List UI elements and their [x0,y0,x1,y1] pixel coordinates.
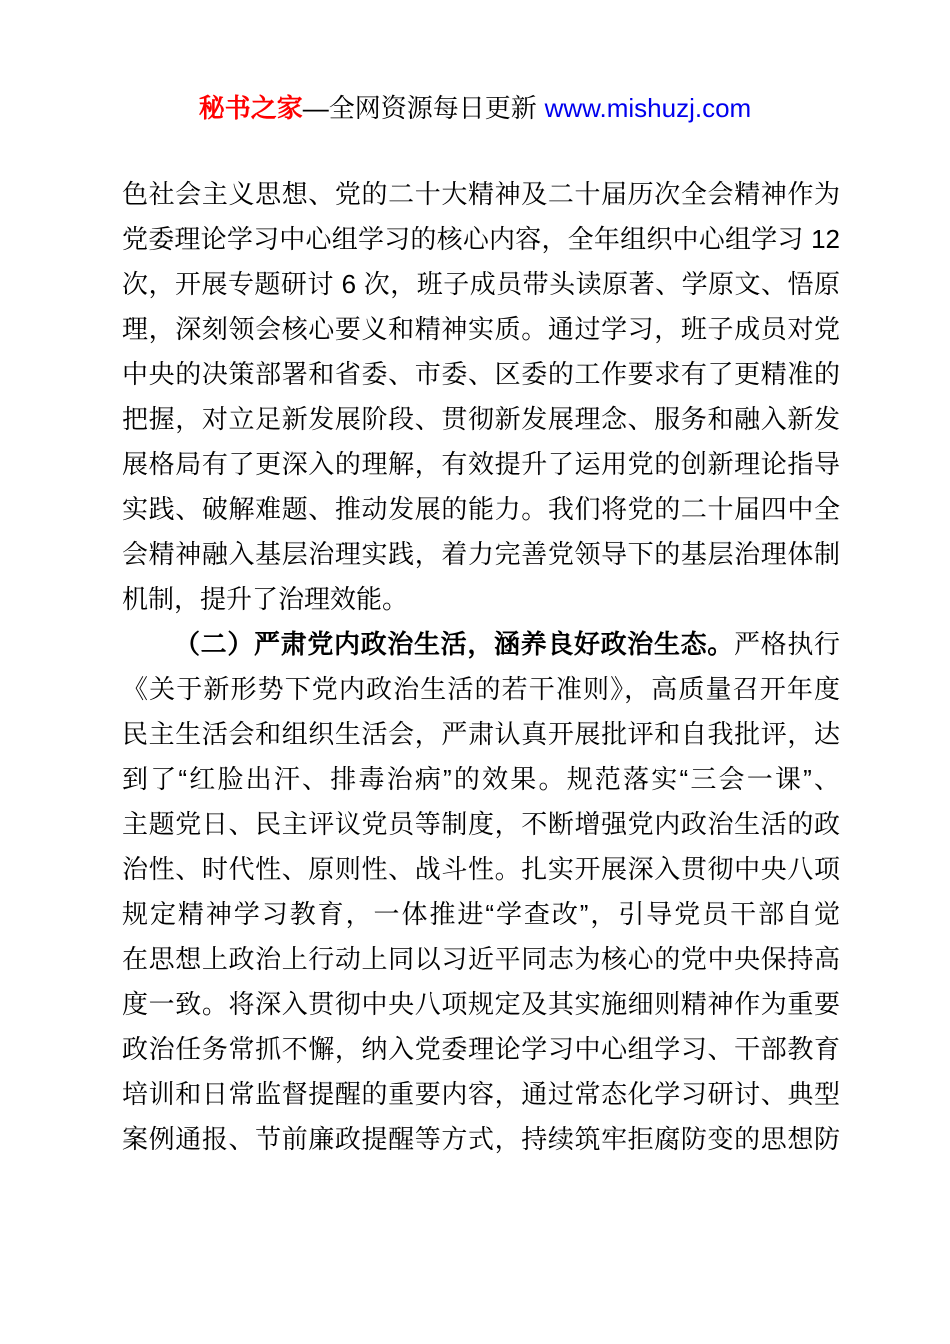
text-line: 理，深刻领会核心要义和精神实质。通过学习，班子成员对党 [122,307,840,352]
body-text: 度一致。将深入贯彻中央八项规定及其实施细则精神作为重要 [122,989,840,1019]
text-line: 次，开展专题研讨 6 次，班子成员带头读原著、学原文、悟原 [122,262,840,307]
text-line: 度一致。将深入贯彻中央八项规定及其实施细则精神作为重要 [122,982,840,1027]
body-text: 机制，提升了治理效能。 [122,584,408,614]
body-text: 民主生活会和组织生活会，严肃认真开展批评和自我批评，达 [122,719,840,749]
body-text: 中央的决策部署和省委、市委、区委的工作要求有了更精准的 [122,359,840,389]
body-text: 实践、破解难题、推动发展的能力。我们将党的二十届四中全 [122,494,840,524]
body-text: 培训和日常监督提醒的重要内容，通过常态化学习研讨、典型 [122,1079,840,1109]
text-line: 案例通报、节前廉政提醒等方式，持续筑牢拒腐防变的思想防 [122,1117,840,1162]
text-line: 规定精神学习教育，一体推进“学查改”，引导党员干部自觉 [122,892,840,937]
text-line: 在思想上政治上行动上同以习近平同志为核心的党中央保持高 [122,937,840,982]
body-text: 规定精神学习教育，一体推进“学查改”，引导党员干部自觉 [122,899,840,929]
text-line: 会精神融入基层治理实践，着力完善党领导下的基层治理体制 [122,532,840,577]
site-url-link[interactable]: www.mishuzj.com [545,93,752,123]
text-line: 《关于新形势下党内政治生活的若干准则》，高质量召开年度 [122,667,840,712]
text-line: 展格局有了更深入的理解，有效提升了运用党的创新理论指导 [122,442,840,487]
body-text: 《关于新形势下党内政治生活的若干准则》，高质量召开年度 [122,674,840,704]
body-text: 严格执行 [734,629,840,659]
body-text: 次，开展专题研讨 6 次，班子成员带头读原著、学原文、悟原 [122,269,840,299]
text-line: 色社会主义思想、党的二十大精神及二十届历次全会精神作为 [122,172,840,217]
site-header: 秘书之家—全网资源每日更新www.mishuzj.com [0,90,950,126]
document-body: 色社会主义思想、党的二十大精神及二十届历次全会精神作为党委理论学习中心组学习的核… [122,172,840,1172]
section-heading-text: （二）严肃党内政治生活，涵养良好政治生态。 [174,629,734,659]
document-page: 秘书之家—全网资源每日更新www.mishuzj.com 色社会主义思想、党的二… [0,0,950,1344]
text-line: 政治任务常抓不懈，纳入党委理论学习中心组学习、干部教育 [122,1027,840,1072]
text-line: 党委理论学习中心组学习的核心内容，全年组织中心组学习 12 [122,217,840,262]
text-line: 中央的决策部署和省委、市委、区委的工作要求有了更精准的 [122,352,840,397]
body-text: 把握，对立足新发展阶段、贯彻新发展理念、服务和融入新发 [122,404,840,434]
text-line: 民主生活会和组织生活会，严肃认真开展批评和自我批评，达 [122,712,840,757]
text-line: 把握，对立足新发展阶段、贯彻新发展理念、服务和融入新发 [122,397,840,442]
body-text: 展格局有了更深入的理解，有效提升了运用党的创新理论指导 [122,449,840,479]
body-text: 案例通报、节前廉政提醒等方式，持续筑牢拒腐防变的思想防 [122,1124,840,1154]
body-text: 主题党日、民主评议党员等制度，不断增强党内政治生活的政 [122,809,840,839]
text-line: 治性、时代性、原则性、战斗性。扎实开展深入贯彻中央八项 [122,847,840,892]
body-text: 到了“红脸出汗、排毒治病”的效果。规范落实“三会一课”、 [122,764,840,794]
body-text: 政治任务常抓不懈，纳入党委理论学习中心组学习、干部教育 [122,1034,840,1064]
body-text: 在思想上政治上行动上同以习近平同志为核心的党中央保持高 [122,944,840,974]
text-line: 到了“红脸出汗、排毒治病”的效果。规范落实“三会一课”、 [122,757,840,802]
text-line: （二）严肃党内政治生活，涵养良好政治生态。严格执行 [122,622,840,667]
text-line: 实践、破解难题、推动发展的能力。我们将党的二十届四中全 [122,487,840,532]
text-line: 培训和日常监督提醒的重要内容，通过常态化学习研讨、典型 [122,1072,840,1117]
text-line: 机制，提升了治理效能。 [122,577,840,622]
site-tagline: —全网资源每日更新 [303,93,537,123]
site-name: 秘书之家 [199,93,303,123]
body-text: 理，深刻领会核心要义和精神实质。通过学习，班子成员对党 [122,314,840,344]
body-text: 党委理论学习中心组学习的核心内容，全年组织中心组学习 12 [122,224,840,254]
body-text: 治性、时代性、原则性、战斗性。扎实开展深入贯彻中央八项 [122,854,840,884]
text-line: 主题党日、民主评议党员等制度，不断增强党内政治生活的政 [122,802,840,847]
body-text: 色社会主义思想、党的二十大精神及二十届历次全会精神作为 [122,179,840,209]
body-text: 会精神融入基层治理实践，着力完善党领导下的基层治理体制 [122,539,840,569]
